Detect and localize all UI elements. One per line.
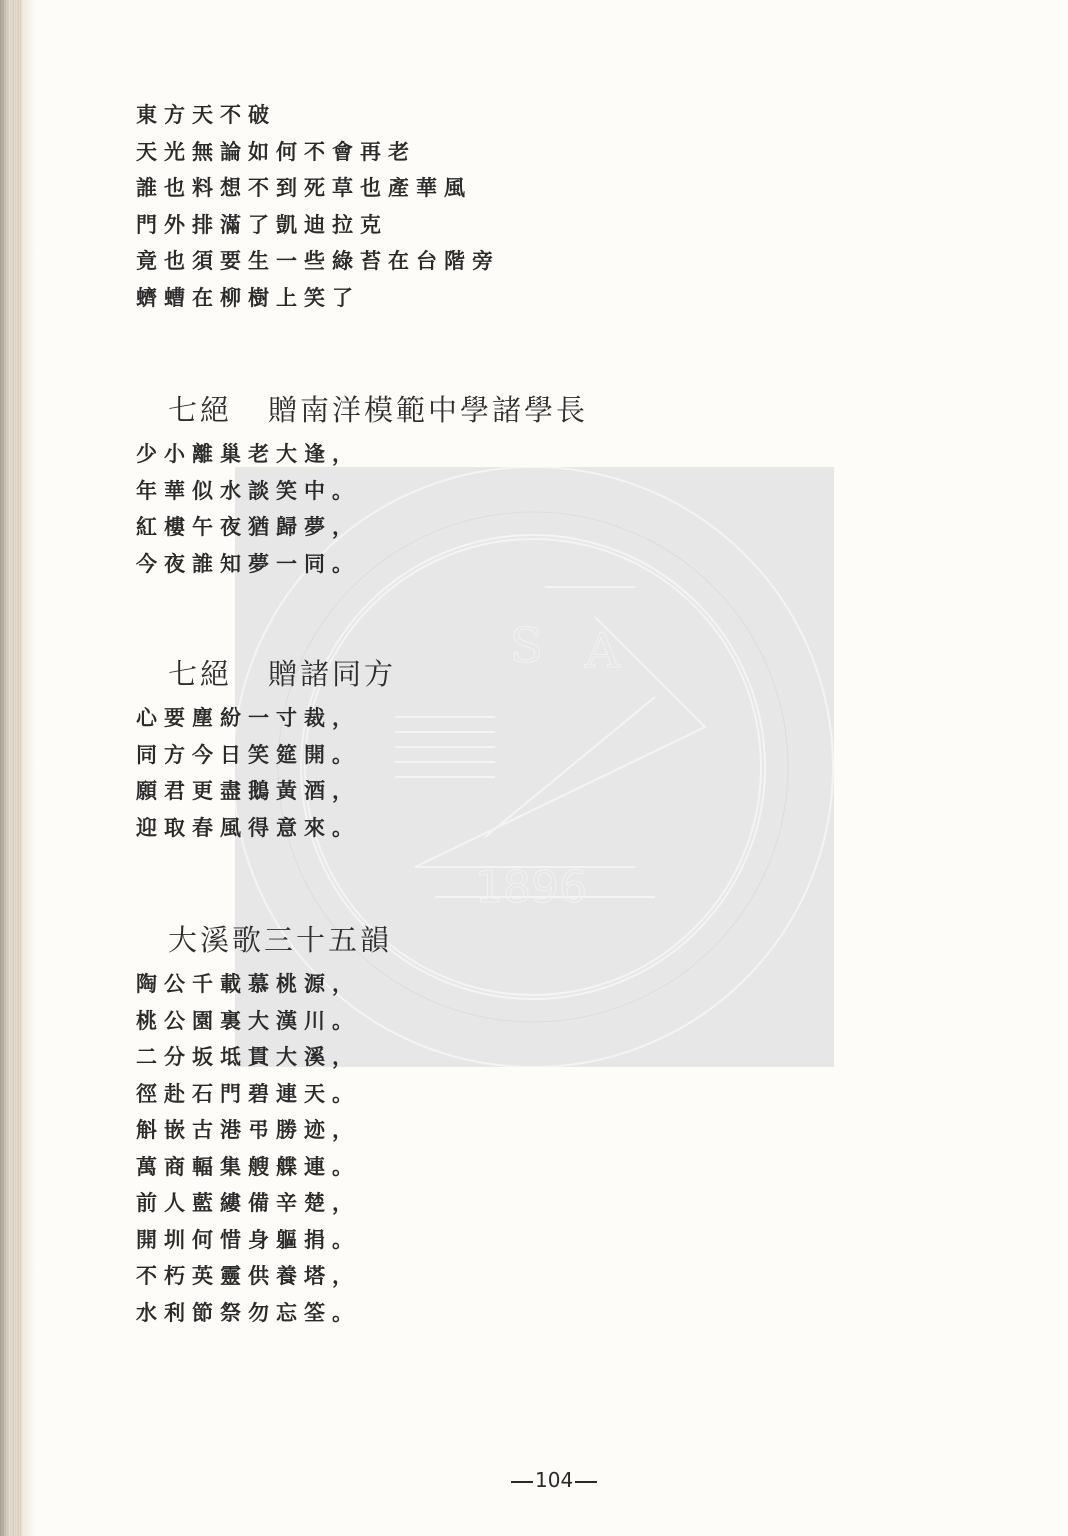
poem-line: 年華似水談笑中。 [136,473,360,510]
poem-line: 前人藍縷備辛楚， [136,1185,360,1222]
poem-line: 天光無論如何不會再老 [136,134,500,171]
poem-line: 斛嵌古港弔勝迹， [136,1112,360,1149]
poem-line: 徑赴石門碧連天。 [136,1076,360,1113]
poem-line: 今夜誰知夢一同。 [136,546,360,583]
page-number: 104 [509,1468,599,1492]
page-gutter-shadow [22,0,36,1536]
poem-form: 七絕 [168,393,232,427]
poem-line: 願君更盡鵝黃酒， [136,773,360,810]
poem-line: 萬商輻集艘艓連。 [136,1149,360,1186]
poem-body: 心要塵紛一寸裁， 同方今日笑筵開。 願君更盡鵝黃酒， 迎取春風得意來。 [136,700,360,846]
watermark-year: 1896 [475,862,587,913]
poem-line: 水利節祭勿忘筌。 [136,1295,360,1332]
poem-title: 七絕贈南洋模範中學諸學長 [168,388,588,429]
poem-title-text: 贈南洋模範中學諸學長 [268,393,588,427]
poem-continued: 東方天不破 天光無論如何不會再老 誰也料想不到死草也產華風 門外排滿了凱迪拉克 … [136,97,500,316]
poem-body: 陶公千載慕桃源， 桃公園裏大漢川。 二分坂坻貫大溪， 徑赴石門碧連天。 斛嵌古港… [136,966,360,1331]
page-number-text: 104 [535,1468,573,1492]
poem-line: 少小離巢老大逢， [136,436,360,473]
poem-line: 二分坂坻貫大溪， [136,1039,360,1076]
poem-form: 七絕 [168,657,232,691]
poem-body: 少小離巢老大逢， 年華似水談笑中。 紅樓午夜猶歸夢， 今夜誰知夢一同。 [136,436,360,582]
poem-line: 桃公園裏大漢川。 [136,1003,360,1040]
watermark-letter-a: A [584,623,621,679]
poem-line: 竟也須要生一些綠苔在台階旁 [136,243,500,280]
poem-title-text: 大溪歌三十五韻 [168,923,392,957]
poem-line: 心要塵紛一寸裁， [136,700,360,737]
dash-right [575,1481,597,1483]
poem-title: 大溪歌三十五韻 [168,918,392,959]
poem-line: 東方天不破 [136,97,500,134]
poem-line: 迎取春風得意來。 [136,810,360,847]
poem-line: 門外排滿了凱迪拉克 [136,207,500,244]
poem-title-text: 贈諸同方 [268,657,396,691]
poem-line: 同方今日笑筵開。 [136,737,360,774]
poem-line: 誰也料想不到死草也產華風 [136,170,500,207]
dash-left [511,1481,533,1483]
poem-line: 紅樓午夜猶歸夢， [136,509,360,546]
poem-line: 不朽英靈供養塔， [136,1258,360,1295]
book-page-edge [0,0,22,1536]
poem-line: 開圳何惜身軀捐。 [136,1222,360,1259]
watermark-letter-s: S [510,618,543,674]
poem-line: 陶公千載慕桃源， [136,966,360,1003]
poem-line: 蠐螬在柳樹上笑了 [136,280,500,317]
poem-title: 七絕贈諸同方 [168,652,396,693]
